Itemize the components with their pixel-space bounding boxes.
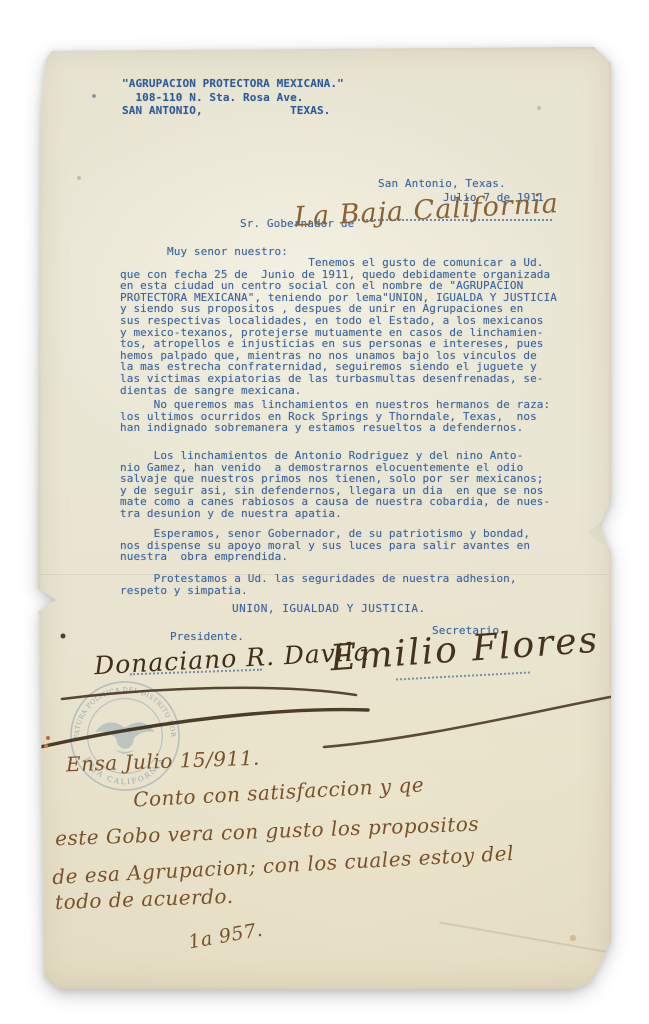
letterhead: "AGRUPACION PROTECTORA MEXICANA." 108-11… bbox=[122, 77, 344, 118]
annotation-line-4: de esa Agrupacion; con los cuales estoy … bbox=[52, 841, 515, 889]
annotation-line-5: todo de acuerdo. bbox=[55, 884, 234, 914]
paragraph-4: Esperamos, senor Gobernador, de su patri… bbox=[120, 528, 530, 563]
recipient-handwritten: La Baja California bbox=[293, 188, 559, 233]
diagonal-crease bbox=[439, 921, 612, 954]
right-edge-fold bbox=[587, 517, 611, 551]
annotation-file-number: 1a 957. bbox=[187, 919, 265, 954]
paragraph-3: Los linchamientos de Antonio Rodriguez y… bbox=[120, 450, 550, 520]
president-title: Presidente. bbox=[170, 631, 244, 643]
photo-background: "AGRUPACION PROTECTORA MEXICANA." 108-11… bbox=[0, 0, 649, 1024]
secretary-signature: Emilio Flores bbox=[329, 620, 600, 680]
paper-specks bbox=[38, 47, 40, 49]
government-seal-stamp: JEFATURA POLITICA DEL DISTRITO NORTE BAJ… bbox=[66, 677, 184, 795]
motto: UNION, IGUALDAD Y JUSTICIA. bbox=[232, 603, 426, 615]
paragraph-1: Tenemos el gusto de comunicar a Ud. que … bbox=[120, 257, 557, 396]
annotation-line-3: este Gobo vera con gusto los propositos bbox=[55, 812, 480, 851]
letter-document: "AGRUPACION PROTECTORA MEXICANA." 108-11… bbox=[38, 47, 612, 991]
paragraph-5: Protestamos a Ud. las seguridades de nue… bbox=[120, 573, 517, 596]
paragraph-2: No queremos mas linchamientos en nuestro… bbox=[120, 399, 550, 434]
horizontal-fold-crease bbox=[38, 573, 612, 575]
dateline-place: San Antonio, Texas. bbox=[378, 178, 506, 190]
paper-shadow-wrap: "AGRUPACION PROTECTORA MEXICANA." 108-11… bbox=[38, 47, 612, 991]
